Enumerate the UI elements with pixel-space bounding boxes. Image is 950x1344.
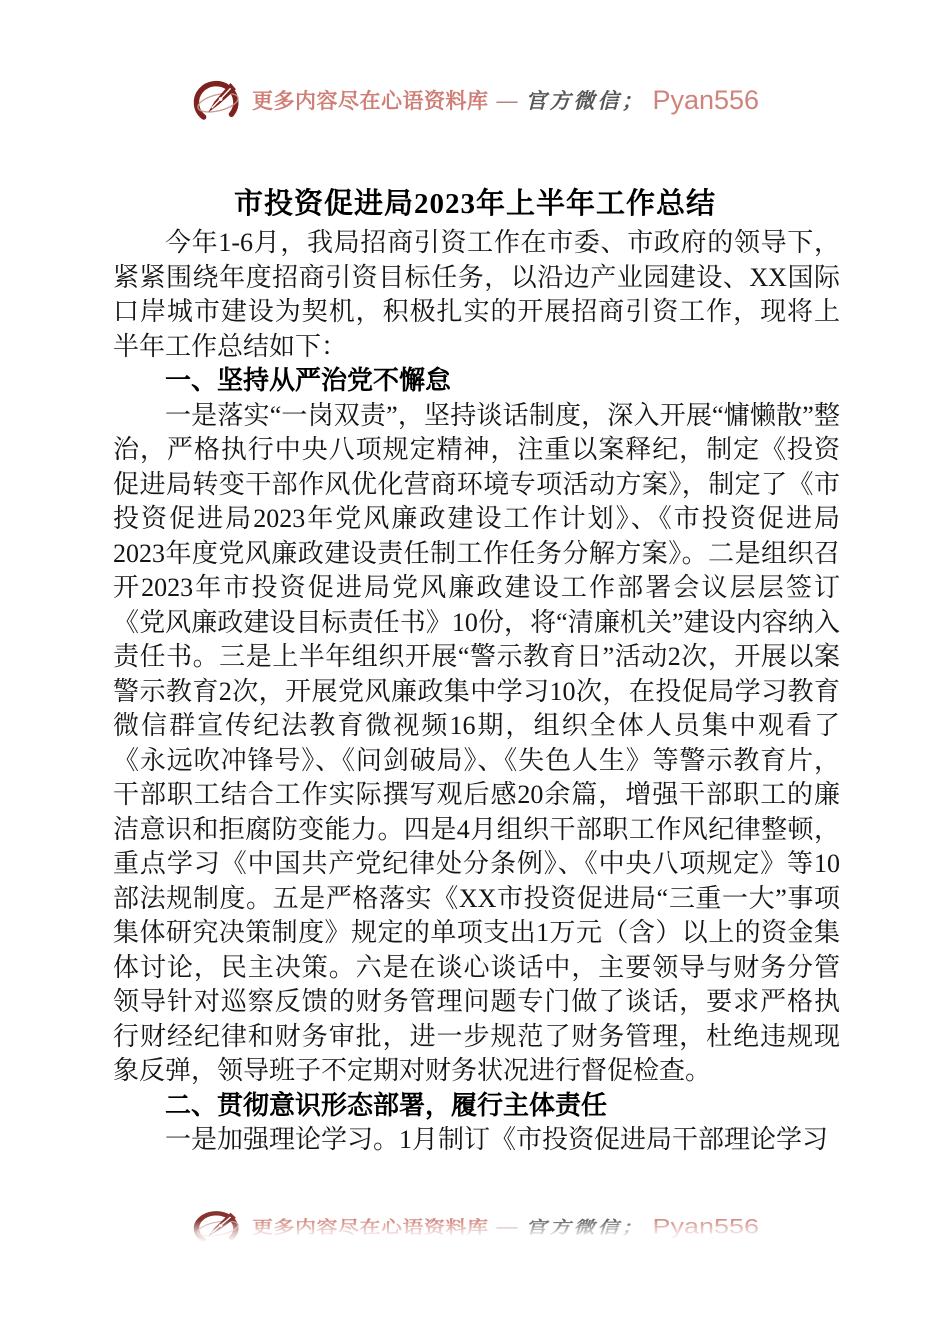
paragraph-intro: 今年1-6月，我局招商引资工作在市委、市政府的领导下，紧紧围绕年度招商引资目标任… — [113, 226, 840, 364]
watermark-brand-text: 更多内容尽在心语资料库 — [252, 85, 489, 115]
footer-watermark: 更多内容尽在心语资料库 — 官方微信； Pyan556 — [0, 1204, 950, 1244]
watermark-wechat-label: 官方微信； — [525, 1214, 645, 1238]
paragraph-section-1: 一是落实“一岗双责”，坚持谈话制度，深入开展“慵懒散”整治，严格执行中央八项规定… — [113, 399, 840, 1089]
watermark-dash: — — [496, 88, 517, 113]
footer-watermark-row: 更多内容尽在心语资料库 — 官方微信； Pyan556 — [0, 1204, 950, 1244]
watermark-wechat-label: 官方微信； — [525, 85, 645, 115]
watermark-wechat-id: Pyan556 — [652, 85, 759, 116]
pen-nib-swirl-icon — [191, 74, 245, 126]
paragraph-section-2: 一是加强理论学习。1月制订《市投资促进局干部理论学习 — [113, 1123, 840, 1158]
pen-nib-swirl-icon — [191, 1206, 245, 1244]
document-page: 更多内容尽在心语资料库 — 官方微信； Pyan556 市投资促进局2023年上… — [0, 0, 950, 1344]
header-watermark-row: 更多内容尽在心语资料库 — 官方微信； Pyan556 — [0, 72, 950, 128]
section-heading-2: 二、贯彻意识形态部署，履行主体责任 — [113, 1089, 840, 1124]
header-watermark: 更多内容尽在心语资料库 — 官方微信； Pyan556 — [0, 72, 950, 128]
document-body: 今年1-6月，我局招商引资工作在市委、市政府的领导下，紧紧围绕年度招商引资目标任… — [113, 226, 840, 1158]
document-title: 市投资促进局2023年上半年工作总结 — [0, 181, 950, 222]
section-heading-1: 一、坚持从严治党不懈怠 — [113, 364, 840, 399]
watermark-dash: — — [496, 1216, 517, 1236]
watermark-wechat-id: Pyan556 — [652, 1214, 759, 1239]
watermark-brand-text: 更多内容尽在心语资料库 — [252, 1214, 489, 1238]
